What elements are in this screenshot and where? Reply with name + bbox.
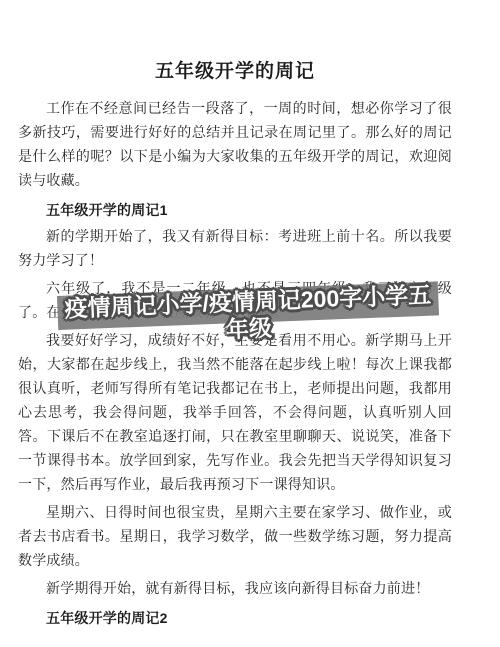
page-title: 五年级开学的周记 <box>18 58 452 86</box>
document-sections: 工作在不经意间已经告一段落了，一周的时间，想必你学习了很多新技巧，需要进行好好的… <box>18 98 452 630</box>
body-paragraph: 新学期得开始，就有新得目标，我应该向新得目标奋力前进！ <box>18 578 452 602</box>
body-paragraph: 六年级了，我不是一二年级，也不是三四年级，我已经六年级了。在新学期得开始，我应该… <box>18 278 452 326</box>
section-heading: 五年级开学的周记1 <box>18 198 452 222</box>
document-body: 五年级开学的周记 工作在不经意间已经告一段落了，一周的时间，想必你学习了很多新技… <box>0 0 500 630</box>
body-paragraph: 我要好好学习，成绩好不好，主要是看用不用心。新学期马上开始，大家都在起步线上，我… <box>18 330 452 498</box>
body-paragraph: 新的学期开始了，我又有新得目标：考进班上前十名。所以我要努力学习了！ <box>18 226 452 274</box>
document-page: 五年级开学的周记 工作在不经意间已经告一段落了，一周的时间，想必你学习了很多新技… <box>0 0 500 647</box>
section-heading: 五年级开学的周记2 <box>18 606 452 630</box>
body-paragraph: 星期六、日得时间也很宝贵，星期六主要在家学习、做作业，或者去书店看书。星期日，我… <box>18 502 452 574</box>
body-paragraph: 工作在不经意间已经告一段落了，一周的时间，想必你学习了很多新技巧，需要进行好好的… <box>18 98 452 194</box>
